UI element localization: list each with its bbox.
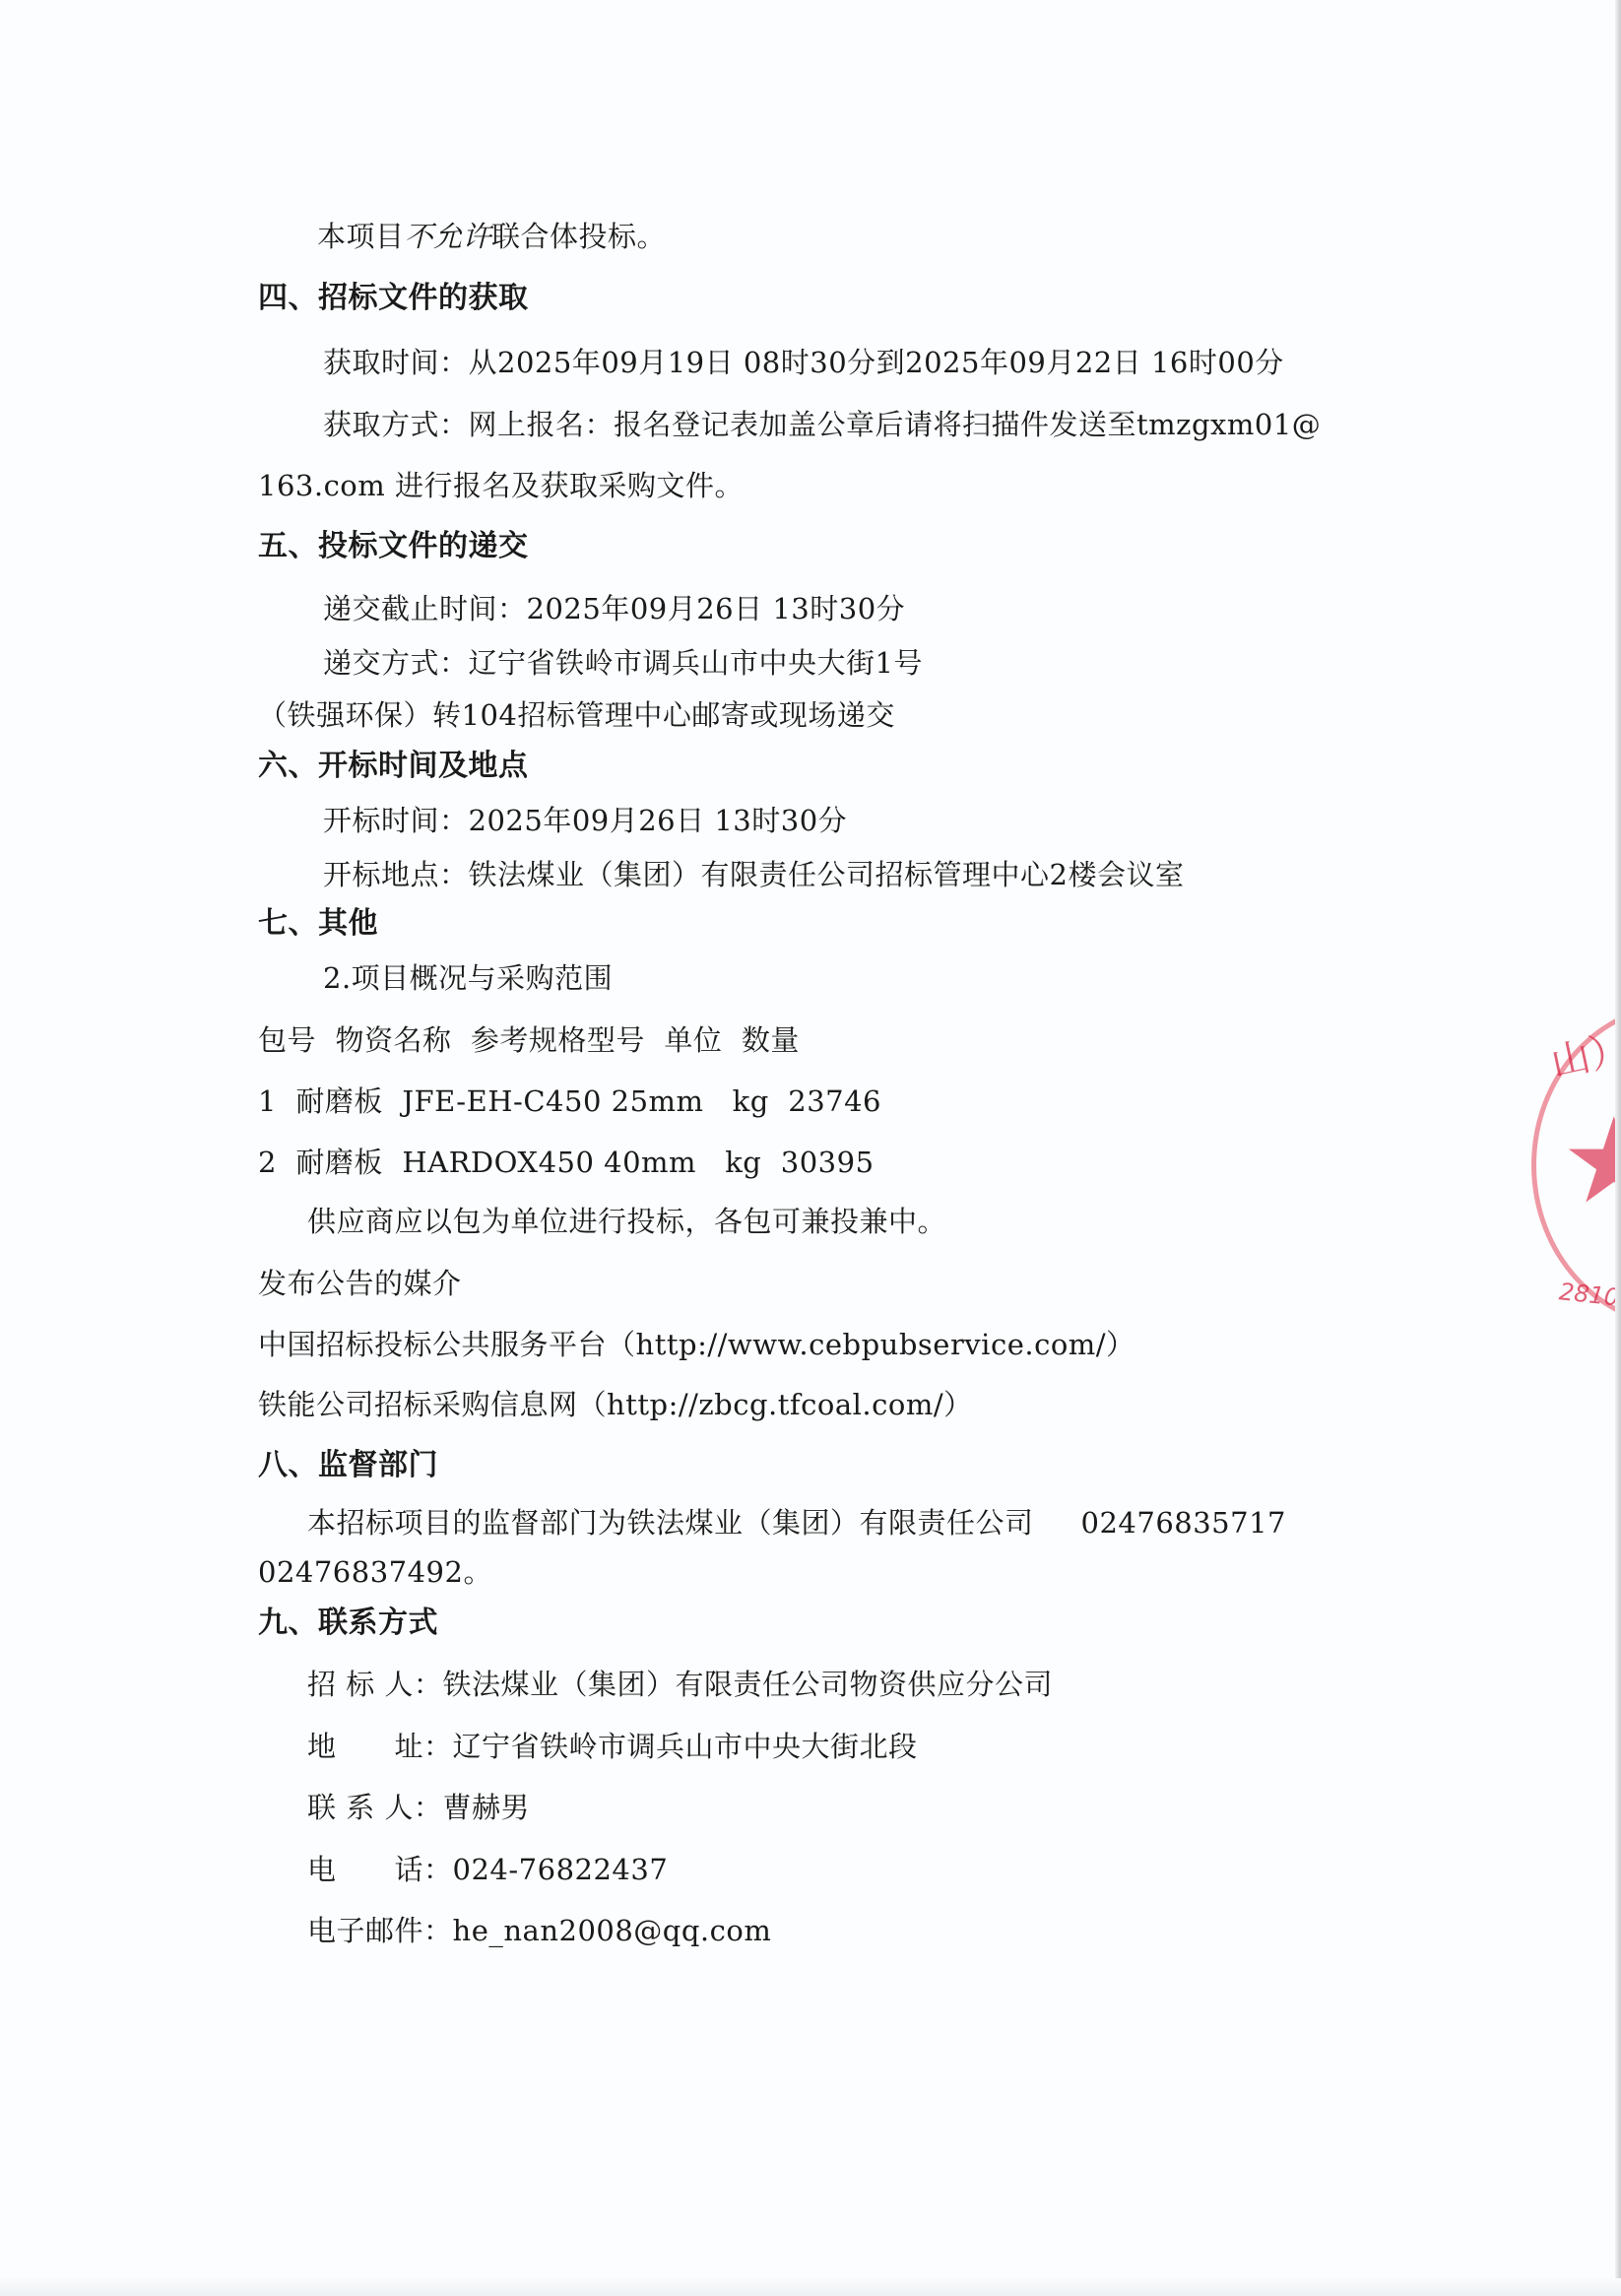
submission-deadline: 递交截止时间：2025年09月26日 13时30分: [323, 591, 905, 626]
submission-method-label: 递交方式：: [323, 646, 469, 680]
opening-time-value: 2025年09月26日 13时30分: [469, 804, 848, 837]
supervision-phone-2: 02476837492。: [258, 1554, 492, 1590]
row-quantity: 30395: [781, 1146, 875, 1179]
opening-time-label: 开标时间：: [323, 804, 469, 837]
supervision-text: 本招标项目的监督部门为铁法煤业（集团）有限责任公司02476835717: [307, 1505, 1286, 1541]
section-5-heading: 五、投标文件的递交: [258, 529, 529, 564]
media-url-link[interactable]: （http://www.cebpubservice.com/）: [607, 1328, 1135, 1361]
col-quantity: 数量: [742, 1023, 800, 1057]
seal-star-icon: ★: [1561, 1103, 1615, 1221]
col-package: 包号: [258, 1023, 316, 1057]
submission-deadline-value: 2025年09月26日 13时30分: [527, 592, 906, 625]
media-url-link[interactable]: （http://zbcg.tfcoal.com/）: [578, 1388, 973, 1421]
acquisition-time-label: 获取时间：: [323, 346, 469, 379]
row-unit: kg: [725, 1146, 761, 1179]
col-spec: 参考规格型号: [471, 1023, 645, 1057]
document-page: 本项目不允许联合体投标。 四、招标文件的获取 获取时间：从2025年09月19日…: [0, 0, 1621, 2296]
contact-phone: 电 话：024-76822437: [307, 1852, 668, 1887]
opening-place-label: 开标地点：: [323, 858, 469, 891]
seal-company-text: 山）有限: [1545, 1001, 1615, 1088]
page-bottom-edge: [0, 2278, 1621, 2296]
row-unit: kg: [733, 1084, 769, 1118]
acquisition-time: 获取时间：从2025年09月19日 08时30分到2025年09月22日 16时…: [323, 345, 1284, 380]
contact-label: 招 标 人：: [307, 1668, 442, 1701]
contact-label: 联 系 人：: [307, 1791, 442, 1824]
contact-value: 曹赫男: [442, 1791, 530, 1824]
acquisition-method-value: 网上报名：报名登记表加盖公章后请将扫描件发送至tmzgxm01@: [469, 408, 1322, 441]
table-row: 1 耐磨板 JFE-EH-C450 25mm kg 23746: [258, 1083, 881, 1119]
media-name: 铁能公司招标采购信息网: [258, 1388, 578, 1421]
col-material-name: 物资名称: [335, 1023, 451, 1057]
acquisition-method: 获取方式：网上报名：报名登记表加盖公章后请将扫描件发送至tmzgxm01@: [323, 407, 1321, 442]
row-name: 耐磨板: [295, 1084, 383, 1118]
media-item: 铁能公司招标采购信息网（http://zbcg.tfcoal.com/）: [258, 1387, 973, 1422]
contact-label: 地 址：: [307, 1730, 453, 1763]
row-quantity: 23746: [788, 1084, 881, 1118]
acquisition-method-cont: 163.com 进行报名及获取采购文件。: [258, 468, 744, 503]
contact-email: 电子邮件：he_nan2008@qq.com: [307, 1913, 771, 1948]
contact-value: 辽宁省铁岭市调兵山市中央大街北段: [453, 1730, 918, 1763]
opening-place-value: 铁法煤业（集团）有限责任公司招标管理中心2楼会议室: [469, 858, 1185, 891]
media-name: 中国招标投标公共服务平台: [258, 1328, 607, 1361]
contact-label: 电子邮件：: [307, 1914, 453, 1947]
acquisition-method-label: 获取方式：: [323, 408, 469, 441]
submission-deadline-label: 递交截止时间：: [323, 592, 527, 625]
media-title: 发布公告的媒介: [258, 1266, 462, 1301]
row-spec: HARDOX450 40mm: [402, 1146, 696, 1179]
table-row: 2 耐磨板 HARDOX450 40mm kg 30395: [258, 1145, 875, 1180]
opening-place: 开标地点：铁法煤业（集团）有限责任公司招标管理中心2楼会议室: [323, 857, 1184, 892]
row-package: 1: [258, 1084, 277, 1118]
intro-prefix: 本项目: [317, 220, 405, 253]
section-6-heading: 六、开标时间及地点: [258, 749, 529, 784]
contact-tenderer: 招 标 人：铁法煤业（集团）有限责任公司物资供应分公司: [307, 1667, 1053, 1702]
submission-method-cont: （铁强环保）转104招标管理中心邮寄或现场递交: [258, 697, 895, 733]
media-item: 中国招标投标公共服务平台（http://www.cebpubservice.co…: [258, 1327, 1135, 1362]
supervision-department: 本招标项目的监督部门为铁法煤业（集团）有限责任公司: [307, 1506, 1034, 1540]
submission-method: 递交方式：辽宁省铁岭市调兵山市中央大街1号: [323, 645, 923, 681]
contact-value: 铁法煤业（集团）有限责任公司物资供应分公司: [442, 1668, 1053, 1701]
submission-method-value: 辽宁省铁岭市调兵山市中央大街1号: [469, 646, 923, 680]
contact-email-link[interactable]: he_nan2008@qq.com: [453, 1914, 772, 1947]
row-spec: JFE-EH-C450 25mm: [402, 1084, 703, 1118]
acquisition-time-value: 从2025年09月19日 08时30分到2025年09月22日 16时00分: [469, 346, 1284, 379]
seal-number: 281001: [1558, 1278, 1615, 1314]
row-package: 2: [258, 1146, 277, 1179]
col-unit: 单位: [664, 1023, 722, 1057]
contact-person: 联 系 人：曹赫男: [307, 1790, 530, 1825]
section-9-heading: 九、联系方式: [258, 1606, 438, 1641]
opening-time: 开标时间：2025年09月26日 13时30分: [323, 803, 847, 838]
consortium-statement: 本项目不允许联合体投标。: [317, 219, 666, 254]
section-8-heading: 八、监督部门: [258, 1448, 438, 1483]
section-7-heading: 七、其他: [258, 906, 378, 942]
intro-suffix: 联合体投标。: [491, 220, 666, 253]
contact-address: 地 址：辽宁省铁岭市调兵山市中央大街北段: [307, 1729, 918, 1764]
bidding-note: 供应商应以包为单位进行投标，各包可兼投兼中。: [307, 1204, 946, 1239]
page-edge-shadow: [1615, 0, 1621, 2296]
supervision-phone-1: 02476835717: [1081, 1506, 1286, 1540]
official-seal: 山）有限 ★ 281001: [1531, 995, 1615, 1340]
project-overview-subheading: 2.项目概况与采购范围: [323, 960, 613, 996]
contact-value: 024-76822437: [453, 1853, 669, 1886]
section-4-heading: 四、招标文件的获取: [258, 281, 529, 316]
procurement-table-header: 包号 物资名称 参考规格型号 单位 数量: [258, 1022, 800, 1058]
intro-emphasis: 不允许: [405, 220, 492, 253]
row-name: 耐磨板: [295, 1146, 383, 1179]
contact-label: 电 话：: [307, 1853, 453, 1886]
